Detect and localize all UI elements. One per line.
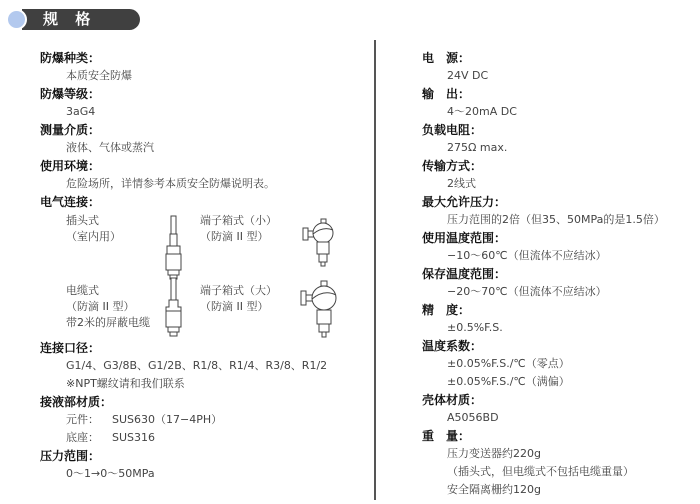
accuracy-value: ±0.5%F.S. [422,319,692,337]
op-temp-label: 使用温度范围： [422,229,692,247]
wetted-row-element: 元件： SUS630（17−4PH） [40,411,360,429]
max-pressure-label: 最大允许压力： [422,193,692,211]
electrical-label: 电气连接： [40,193,360,211]
large-terminal-note: （防滴 II 型） [200,299,268,315]
range-label: 压力范围： [40,447,360,465]
temp-coeff-zero: ±0.05%F.S./℃（零点） [422,355,692,373]
large-terminal-box-transmitter-icon [300,277,340,339]
explosion-type-value: 本质安全防爆 [40,67,360,85]
cable-type-transmitter-icon [162,277,186,339]
temp-coeff-label: 温度系数： [422,337,692,355]
explosion-grade-label: 防爆等级： [40,85,360,103]
small-terminal-name: 端子箱式（小） [200,213,277,229]
load-value: 275Ω max. [422,139,692,157]
explosion-grade-value: 3aG4 [40,103,360,121]
weight-transmitter: 压力变送器约220g [422,445,692,463]
plug-type-note: （室内用） [66,229,121,245]
medium-value: 液体、气体或蒸汽 [40,139,360,157]
wetted-label: 接液部材质： [40,393,360,411]
range-value: 0～1→0～50MPa [40,465,360,483]
wetted-value: SUS316 [112,429,155,447]
large-terminal-name: 端子箱式（大） [200,283,277,299]
temp-coeff-span: ±0.05%F.S./℃（满偏） [422,373,692,391]
storage-temp-label: 保存温度范围： [422,265,692,283]
max-pressure-value: 压力范围的2倍（但35、50MPa的是1.5倍） [422,211,692,229]
plug-type-name: 插头式 [66,213,99,229]
column-divider [374,40,376,500]
plug-type-transmitter-icon [162,215,186,281]
port-note: ※NPT螺纹请和我们联系 [40,375,360,393]
bullet-circle-icon [6,9,27,30]
transmission-value: 2线式 [422,175,692,193]
wetted-key: 元件： [66,411,112,429]
small-terminal-note: （防滴 II 型） [200,229,268,245]
electrical-options: 插头式 （室内用） 端子箱式（小） （防滴 II 型） 电缆式 （防滴 II 型… [40,211,360,339]
weight-label: 重 量： [422,427,692,445]
output-label: 输 出： [422,85,692,103]
port-label: 连接口径： [40,339,360,357]
port-value: G1/4、G3/8B、G1/2B、R1/8、R1/4、R3/8、R1/2 [40,357,360,375]
section-title: 规 格 [43,10,96,29]
power-value: 24V DC [422,67,692,85]
small-terminal-box-transmitter-icon [302,216,338,268]
wetted-value: SUS630（17−4PH） [112,411,222,429]
accuracy-label: 精 度： [422,301,692,319]
left-column: 防爆种类： 本质安全防爆 防爆等级： 3aG4 测量介质： 液体、气体或蒸汽 使… [40,49,360,483]
storage-temp-value: −20～70℃（但流体不应结冰） [422,283,692,301]
housing-label: 壳体材质： [422,391,692,409]
cable-type-note: （防滴 II 型） [66,299,134,315]
op-temp-value: −10～60℃（但流体不应结冰） [422,247,692,265]
environment-value: 危险场所，详情参考本质安全防爆说明表。 [40,175,360,193]
weight-barrier: 安全隔离栅约120g [422,481,692,499]
medium-label: 测量介质： [40,121,360,139]
environment-label: 使用环境： [40,157,360,175]
wetted-row-base: 底座： SUS316 [40,429,360,447]
cable-type-extra: 带2米的屏蔽电缆 [66,315,150,331]
power-label: 电 源： [422,49,692,67]
load-label: 负载电阻： [422,121,692,139]
weight-note: （插头式，但电缆式不包括电缆重量） [422,463,692,481]
transmission-label: 传输方式： [422,157,692,175]
housing-value: A5056BD [422,409,692,427]
explosion-type-label: 防爆种类： [40,49,360,67]
output-value: 4～20mA DC [422,103,692,121]
wetted-key: 底座： [66,429,112,447]
cable-type-name: 电缆式 [66,283,99,299]
right-column: 电 源： 24V DC 输 出： 4～20mA DC 负载电阻： 275Ω ma… [422,49,692,499]
